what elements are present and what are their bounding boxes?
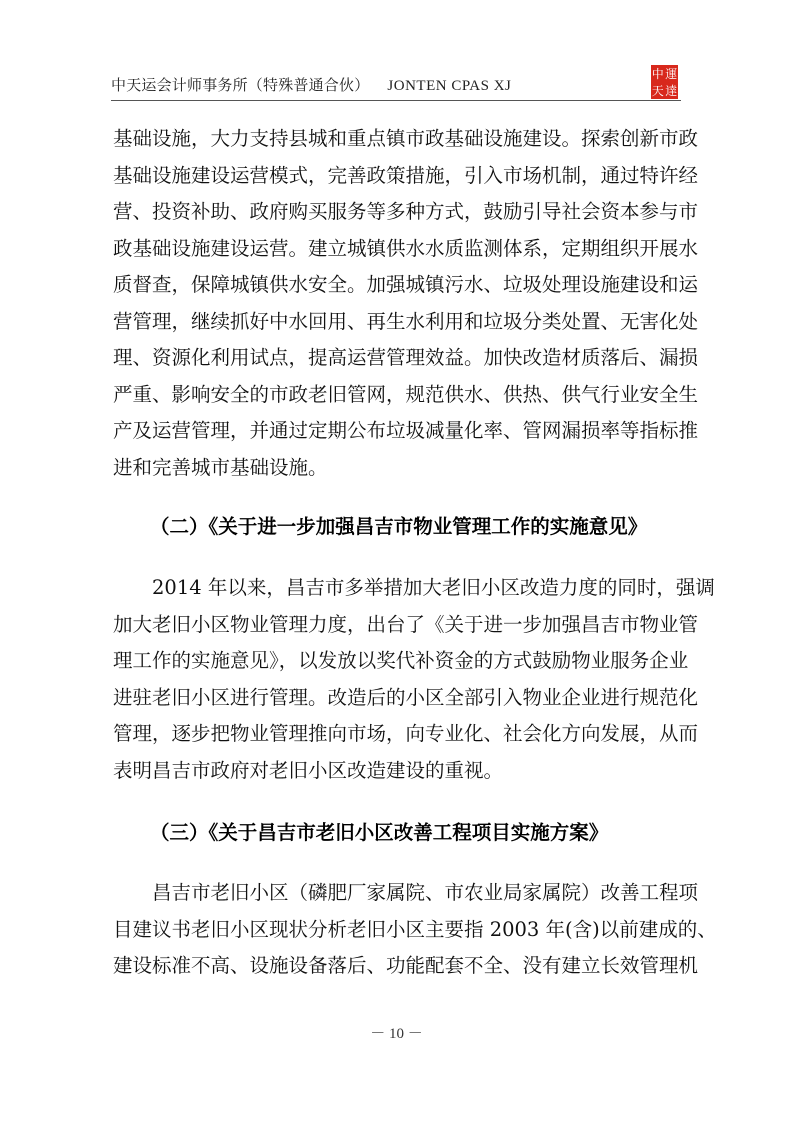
text-line: 进和完善城市基础设施。 <box>113 450 679 487</box>
text-line: 昌吉市老旧小区（磷肥厂家属院、市农业局家属院）改善工程项 <box>113 875 679 912</box>
text-line: 2014 年以来，昌吉市多举措加大老旧小区改造力度的同时，强调 <box>113 570 679 607</box>
firm-name-cn: 中天运会计师事务所（特殊普通合伙） <box>111 76 369 94</box>
text-line: 表明昌吉市政府对老旧小区改造建设的重视。 <box>113 753 679 790</box>
paragraph-2: 2014 年以来，昌吉市多举措加大老旧小区改造力度的同时，强调 加大老旧小区物业… <box>113 570 679 789</box>
text-line: 营管理，继续抓好中水回用、再生水利用和垃圾分类处置、无害化处 <box>113 304 679 341</box>
text-line: 建设标准不高、设施设备落后、功能配套不全、没有建立长效管理机 <box>113 948 679 985</box>
paragraph-3: 昌吉市老旧小区（磷肥厂家属院、市农业局家属院）改善工程项 目建议书老旧小区现状分… <box>113 875 679 985</box>
text-line: 进驻老旧小区进行管理。改造后的小区全部引入物业企业进行规范化 <box>113 680 679 717</box>
text-line: 严重、影响安全的市政老旧管网，规范供水、供热、供气行业安全生 <box>113 377 679 414</box>
section-heading-2: （二）《关于进一步加强昌吉市物业管理工作的实施意见》 <box>150 511 647 539</box>
text-line: 政基础设施建设运营。建立城镇供水水质监测体系，定期组织开展水 <box>113 231 679 268</box>
paragraph-1: 基础设施，大力支持县城和重点镇市政基础设施建设。探索创新市政 基础设施建设运营模… <box>113 121 679 486</box>
text-line: 基础设施，大力支持县城和重点镇市政基础设施建设。探索创新市政 <box>113 121 679 158</box>
firm-name-en: JONTEN CPAS XJ <box>387 78 511 94</box>
text-line: 目建议书老旧小区现状分析老旧小区主要指 2003 年(含)以前建成的、 <box>113 912 679 949</box>
page-number: － 10 － <box>0 1022 793 1043</box>
logo-char: 達 <box>665 85 679 97</box>
text-line: 理、资源化利用试点，提高运营管理效益。加快改造材质落后、漏损 <box>113 340 679 377</box>
section-heading-3: （三）《关于昌吉市老旧小区改善工程项目实施方案》 <box>150 817 608 845</box>
logo-char: 中 <box>651 68 665 80</box>
logo-char: 運 <box>665 68 679 80</box>
text-line: 理工作的实施意见》，以发放以奖代补资金的方式鼓励物业服务企业 <box>113 643 679 680</box>
text-line: 营、投资补助、政府购买服务等多种方式，鼓励引导社会资本参与市 <box>113 194 679 231</box>
page-header: 中天运会计师事务所（特殊普通合伙）JONTEN CPAS XJ <box>111 74 511 95</box>
logo-char: 天 <box>651 85 665 97</box>
text-line: 质督查，保障城镇供水安全。加强城镇污水、垃圾处理设施建设和运 <box>113 267 679 304</box>
firm-logo-icon: 中 運 天 達 <box>651 65 678 99</box>
header-divider <box>111 100 681 101</box>
text-line: 加大老旧小区物业管理力度，出台了《关于进一步加强昌吉市物业管 <box>113 607 679 644</box>
text-line: 产及运营管理，并通过定期公布垃圾减量化率、管网漏损率等指标推 <box>113 413 679 450</box>
text-line: 管理，逐步把物业管理推向市场，向专业化、社会化方向发展，从而 <box>113 716 679 753</box>
document-page: 中天运会计师事务所（特殊普通合伙）JONTEN CPAS XJ 中 運 天 達 … <box>0 0 793 1122</box>
text-line: 基础设施建设运营模式，完善政策措施，引入市场机制，通过特许经 <box>113 158 679 195</box>
